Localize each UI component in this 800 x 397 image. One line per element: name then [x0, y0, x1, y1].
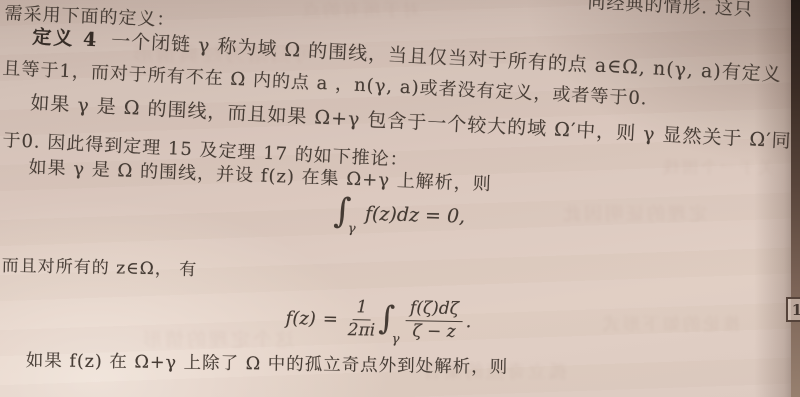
cauchy-theorem-formula: ∫γ f(z)dz = 0,	[333, 196, 466, 234]
equals-sign: =	[323, 308, 338, 329]
fraction-numerator: 1	[352, 298, 371, 320]
fraction-integrand: f(ζ)dζ ζ − z	[405, 299, 463, 342]
fraction-denominator: ζ − z	[412, 321, 456, 342]
formula2-lhs: f(z)	[285, 308, 316, 330]
fraction-denominator: 2πi	[348, 320, 376, 341]
formula2-period: .	[465, 311, 471, 332]
formula1-body: f(z)dz = 0,	[365, 203, 466, 228]
text-line-for-all-z: 而且对所有的 z∈Ω， 有	[2, 256, 198, 281]
integral-subscript: γ	[348, 221, 356, 236]
margin-page-marker: 1	[786, 297, 800, 322]
definition-label: 定义 4	[32, 26, 99, 51]
page-edge-shadow	[791, 0, 800, 397]
fraction-one-over-2pii: 1 2πi	[348, 298, 376, 341]
fraction-numerator: f(ζ)dζ	[406, 299, 463, 322]
integral-subscript: γ	[392, 332, 400, 347]
integral-icon: ∫	[378, 302, 395, 334]
cauchy-integral-formula: f(z) = 1 2πi ∫γ f(ζ)dζ ζ − z .	[285, 297, 472, 342]
